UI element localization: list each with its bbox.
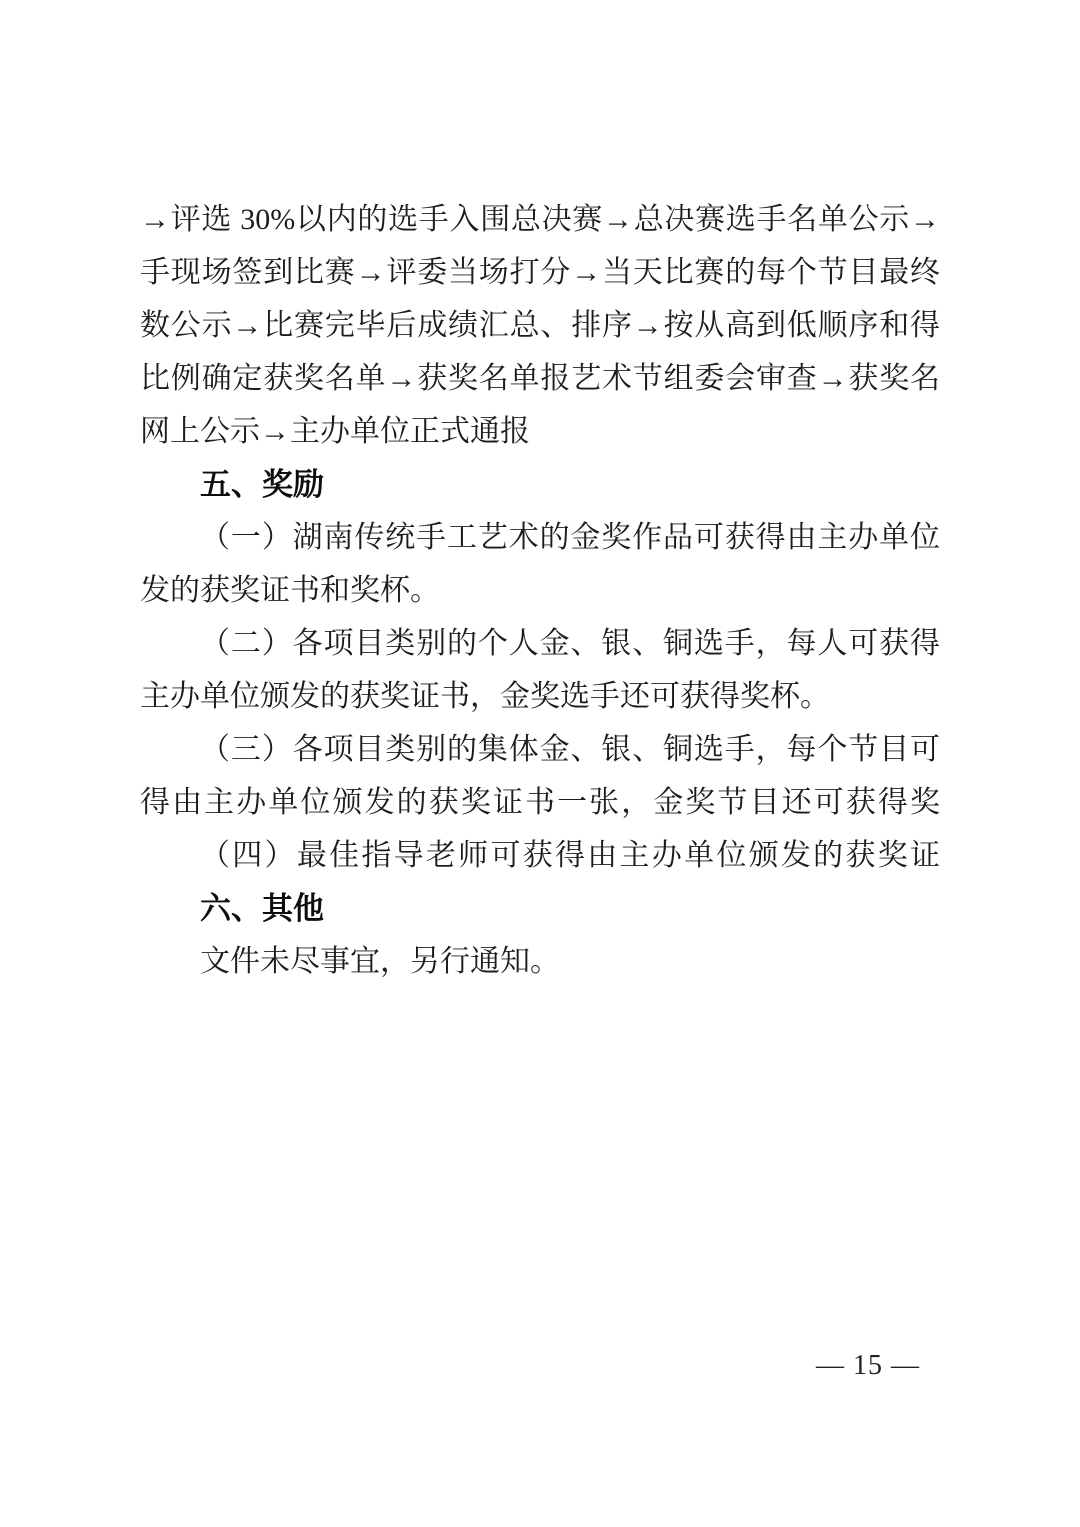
document-body: →评选 30%以内的选手入围总决赛→总决赛选手名单公示→选手现场签到比赛→评委当… (140, 193, 940, 988)
award-item-2: （二）各项目类别的个人金、银、铜选手，每人可获得由主办单位颁发的获奖证书，金奖选… (140, 617, 940, 723)
text-line: 得由主办单位颁发的获奖证书一张，金奖节目还可获得奖杯。 (140, 776, 940, 829)
section-5-heading: 五、奖励 (140, 458, 940, 511)
process-flow-paragraph: →评选 30%以内的选手入围总决赛→总决赛选手名单公示→选手现场签到比赛→评委当… (140, 193, 940, 458)
section-heading-text: 六、其他 (140, 882, 940, 935)
award-item-1: （一）湖南传统手工艺术的金奖作品可获得由主办单位颁发的获奖证书和奖杯。 (140, 511, 940, 617)
text-line: →评选 30%以内的选手入围总决赛→总决赛选手名单公示→选 (140, 193, 940, 246)
section-6-heading: 六、其他 (140, 882, 940, 935)
text-line: （一）湖南传统手工艺术的金奖作品可获得由主办单位颁 (140, 511, 940, 564)
text-line: （四）最佳指导老师可获得由主办单位颁发的获奖证书。 (140, 829, 940, 882)
text-line: 数公示→比赛完毕后成绩汇总、排序→按从高到低顺序和得奖 (140, 299, 940, 352)
document-page: →评选 30%以内的选手入围总决赛→总决赛选手名单公示→选手现场签到比赛→评委当… (0, 0, 1080, 1527)
text-line: （二）各项目类别的个人金、银、铜选手，每人可获得由 (140, 617, 940, 670)
text-line: 发的获奖证书和奖杯。 (140, 564, 940, 617)
closing-paragraph: 文件未尽事宜，另行通知。 (140, 935, 940, 988)
award-item-4: （四）最佳指导老师可获得由主办单位颁发的获奖证书。 (140, 829, 940, 882)
award-item-3: （三）各项目类别的集体金、银、铜选手，每个节目可获得由主办单位颁发的获奖证书一张… (140, 723, 940, 829)
text-line: （三）各项目类别的集体金、银、铜选手，每个节目可获 (140, 723, 940, 776)
text-line: 文件未尽事宜，另行通知。 (140, 935, 940, 988)
text-line: 手现场签到比赛→评委当场打分→当天比赛的每个节目最终分 (140, 246, 940, 299)
text-line: 主办单位颁发的获奖证书，金奖选手还可获得奖杯。 (140, 670, 940, 723)
text-line: 比例确定获奖名单→获奖名单报艺术节组委会审查→获奖名单 (140, 352, 940, 405)
text-line: 网上公示→主办单位正式通报 (140, 405, 940, 458)
section-heading-text: 五、奖励 (140, 458, 940, 511)
page-number: — 15 — (816, 1350, 920, 1382)
